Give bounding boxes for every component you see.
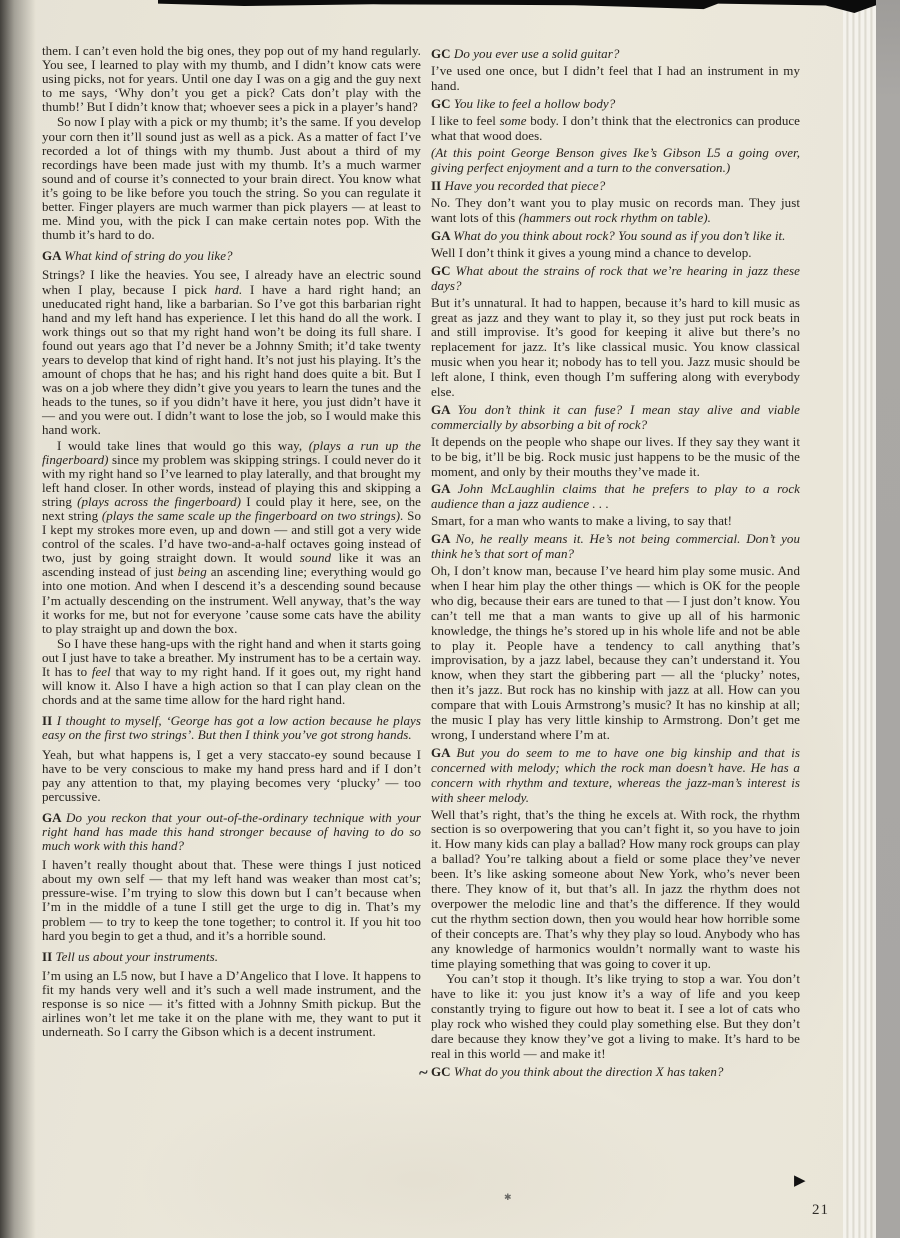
interview-question: GA Do you reckon that your out-of-the-or… [42, 811, 421, 853]
interview-answer: You can’t stop it though. It’s like tryi… [431, 972, 800, 1061]
speaker-initials: GC [431, 96, 454, 111]
interview-answer: No. They don’t want you to play music on… [431, 196, 800, 226]
interview-answer: Well that’s right, that’s the thing he e… [431, 808, 800, 972]
pen-tick-mark: ~ [418, 1062, 430, 1083]
interview-answer: Oh, I don’t know man, because I’ve heard… [431, 564, 800, 743]
pen-smudge-mark: ✱ [504, 1192, 512, 1203]
interview-question: II Have you recorded that piece? [431, 179, 800, 194]
speaker-initials: GC [431, 263, 456, 278]
interview-answer: them. I can’t even hold the big ones, th… [42, 44, 421, 114]
speaker-initials: II [42, 713, 57, 728]
interview-question: GA No, he really means it. He’s not bein… [431, 532, 800, 562]
speaker-initials: GA [431, 745, 456, 760]
magazine-page-paper: them. I can’t even hold the big ones, th… [0, 0, 876, 1238]
interview-question: GA John McLaughlin claims that he prefer… [431, 482, 800, 512]
interview-question: GC You like to feel a hollow body? [431, 97, 800, 112]
speaker-initials: GA [431, 531, 456, 546]
column-left: them. I can’t even hold the big ones, th… [42, 44, 421, 1040]
scanner-background [876, 0, 900, 1238]
interview-answer: I’ve used one once, but I didn’t feel th… [431, 64, 800, 94]
speaker-initials: II [42, 949, 56, 964]
interview-question: GC What do you think about the direction… [431, 1065, 800, 1080]
interview-answer: I would take lines that would go this wa… [42, 439, 421, 636]
speaker-initials: GA [431, 481, 458, 496]
interview-question: II I thought to myself, ‘George has got … [42, 714, 421, 742]
page-number: 21 [812, 1202, 829, 1219]
interview-question: GA But you do seem to me to have one big… [431, 746, 800, 806]
speaker-initials: GC [431, 46, 454, 61]
interview-answer: I haven’t really thought about that. The… [42, 858, 421, 943]
speaker-initials: GA [431, 402, 458, 417]
interview-answer: Smart, for a man who wants to make a liv… [431, 514, 800, 529]
interview-answer: So now I play with a pick or my thumb; i… [42, 115, 421, 242]
book-page-edges [843, 0, 876, 1238]
column-right: GC Do you ever use a solid guitar?I’ve u… [431, 44, 800, 1082]
interview-question: GA What do you think about rock? You sou… [431, 229, 800, 244]
speaker-initials: GA [431, 228, 453, 243]
binding-shadow [0, 0, 36, 1238]
interview-answer: I’m using an L5 now, but I have a D’Ange… [42, 969, 421, 1039]
speaker-initials: II [431, 178, 445, 193]
interview-question: GC What about the strains of rock that w… [431, 264, 800, 294]
continuation-arrow-icon: ▶ [794, 1171, 806, 1190]
interview-answer: So I have these hang-ups with the right … [42, 637, 421, 707]
interview-answer: But it’s unnatural. It had to happen, be… [431, 296, 800, 400]
interview-question: II Tell us about your instruments. [42, 950, 421, 964]
interview-answer: It depends on the people who shape our l… [431, 435, 800, 480]
interview-answer: Yeah, but what happens is, I get a very … [42, 748, 421, 804]
stage-direction: (At this point George Benson gives Ike’s… [431, 146, 800, 176]
interview-question: GA What kind of string do you like? [42, 249, 421, 263]
interview-answer: Well I don’t think it gives a young mind… [431, 246, 800, 261]
scanned-magazine-page: them. I can’t even hold the big ones, th… [0, 0, 900, 1238]
speaker-initials: GA [42, 810, 66, 825]
interview-answer: I like to feel some body. I don’t think … [431, 114, 800, 144]
speaker-initials: GC [431, 1064, 454, 1079]
speaker-initials: GA [42, 248, 64, 263]
interview-question: GA You don’t think it can fuse? I mean s… [431, 403, 800, 433]
interview-question: GC Do you ever use a solid guitar? [431, 47, 800, 62]
interview-answer: Strings? I like the heavies. You see, I … [42, 268, 421, 437]
